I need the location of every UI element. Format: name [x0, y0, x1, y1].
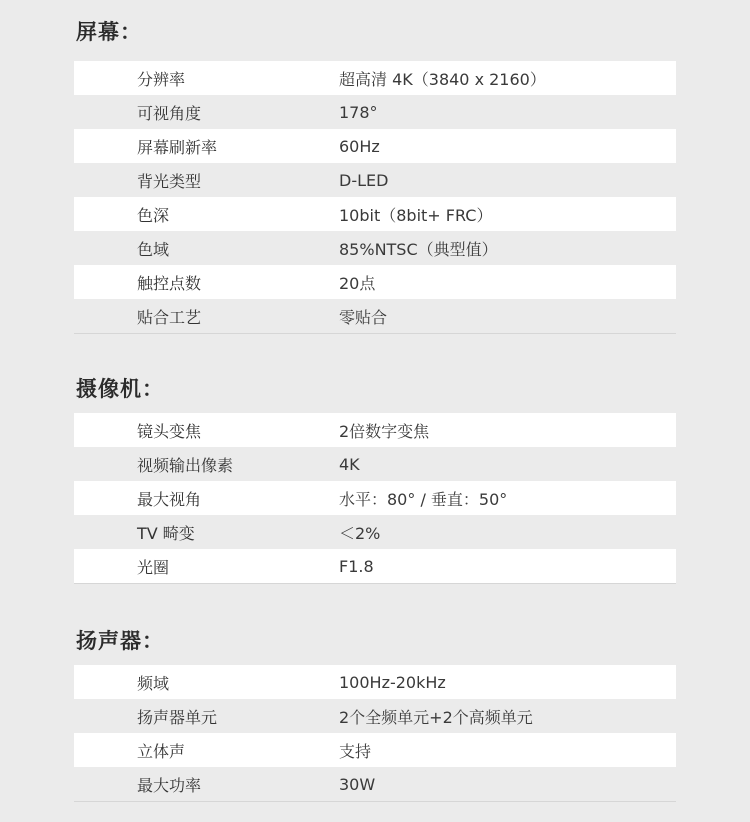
spec-value: 2倍数字变焦: [339, 419, 676, 442]
spec-row-refresh-rate: 屏幕刷新率 60Hz: [74, 129, 676, 163]
spec-table-speaker: 频域 100Hz-20kHz 扬声器单元 2个全频单元+2个高频单元 立体声 支…: [74, 665, 676, 802]
spec-label: 贴合工艺: [74, 305, 339, 328]
spec-label: 触控点数: [74, 271, 339, 294]
spec-label: 立体声: [74, 739, 339, 762]
spec-row-backlight: 背光类型 D-LED: [74, 163, 676, 197]
spec-value: F1.8: [339, 557, 676, 576]
spec-row-aperture: 光圈 F1.8: [74, 549, 676, 583]
spec-value: 30W: [339, 775, 676, 794]
spec-row-zoom: 镜头变焦 2倍数字变焦: [74, 413, 676, 447]
spec-row-color-depth: 色深 10bit（8bit+ FRC）: [74, 197, 676, 231]
spec-value: 水平：80° / 垂直：50°: [339, 487, 676, 510]
section-title-camera: 摄像机：: [76, 372, 676, 406]
spec-label: 屏幕刷新率: [74, 135, 339, 158]
spec-label: 光圈: [74, 555, 339, 578]
spec-row-max-power: 最大功率 30W: [74, 767, 676, 801]
spec-value: 100Hz-20kHz: [339, 673, 676, 692]
spec-row-touch-points: 触控点数 20点: [74, 265, 676, 299]
spec-row-bonding: 贴合工艺 零贴合: [74, 299, 676, 333]
spec-row-color-gamut: 色域 85%NTSC（典型值）: [74, 231, 676, 265]
spec-value: 2个全频单元+2个高频单元: [339, 705, 676, 728]
spec-label: 扬声器单元: [74, 705, 339, 728]
spec-value: 4K: [339, 455, 676, 474]
spec-row-resolution: 分辨率 超高清 4K（3840 x 2160）: [74, 61, 676, 95]
spec-value: 10bit（8bit+ FRC）: [339, 203, 676, 226]
section-speaker: 扬声器： 频域 100Hz-20kHz 扬声器单元 2个全频单元+2个高频单元 …: [74, 624, 676, 802]
section-screen: 屏幕： 分辨率 超高清 4K（3840 x 2160） 可视角度 178° 屏幕…: [74, 15, 676, 334]
spec-row-tv-distortion: TV 畸变 ＜2%: [74, 515, 676, 549]
spec-value: 178°: [339, 103, 676, 122]
section-camera: 摄像机： 镜头变焦 2倍数字变焦 视频输出像素 4K 最大视角 水平：80° /…: [74, 372, 676, 584]
section-title-speaker: 扬声器：: [76, 624, 676, 658]
spec-table-screen: 分辨率 超高清 4K（3840 x 2160） 可视角度 178° 屏幕刷新率 …: [74, 61, 676, 334]
spec-label: 视频输出像素: [74, 453, 339, 476]
spec-label: 最大视角: [74, 487, 339, 510]
spec-value: 超高清 4K（3840 x 2160）: [339, 67, 676, 90]
section-title-screen: 屏幕：: [76, 15, 676, 49]
spec-value: 支持: [339, 739, 676, 762]
spec-label: TV 畸变: [74, 521, 339, 544]
spec-table-camera: 镜头变焦 2倍数字变焦 视频输出像素 4K 最大视角 水平：80° / 垂直：5…: [74, 413, 676, 584]
spec-value: ＜2%: [339, 521, 676, 544]
spec-value: D-LED: [339, 171, 676, 190]
spec-row-video-output: 视频输出像素 4K: [74, 447, 676, 481]
spec-label: 分辨率: [74, 67, 339, 90]
spec-value: 60Hz: [339, 137, 676, 156]
spec-value: 零贴合: [339, 305, 676, 328]
spec-value: 85%NTSC（典型值）: [339, 237, 676, 260]
spec-label: 频域: [74, 671, 339, 694]
spec-row-max-fov: 最大视角 水平：80° / 垂直：50°: [74, 481, 676, 515]
spec-label: 可视角度: [74, 101, 339, 124]
spec-label: 色域: [74, 237, 339, 260]
spec-row-frequency-range: 频域 100Hz-20kHz: [74, 665, 676, 699]
spec-label: 最大功率: [74, 773, 339, 796]
spec-label: 色深: [74, 203, 339, 226]
spec-row-viewing-angle: 可视角度 178°: [74, 95, 676, 129]
spec-label: 背光类型: [74, 169, 339, 192]
spec-row-stereo: 立体声 支持: [74, 733, 676, 767]
spec-row-speaker-units: 扬声器单元 2个全频单元+2个高频单元: [74, 699, 676, 733]
spec-label: 镜头变焦: [74, 419, 339, 442]
spec-value: 20点: [339, 271, 676, 294]
